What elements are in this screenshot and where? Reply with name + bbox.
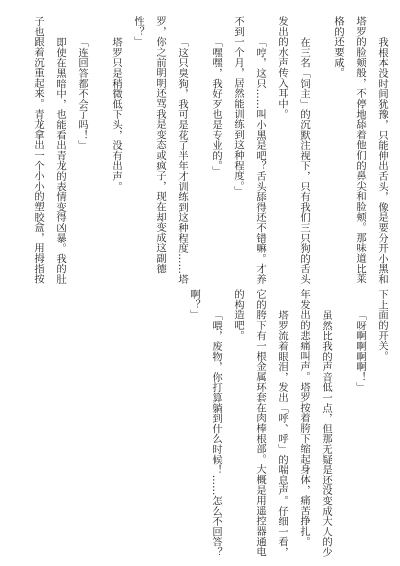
text-line: 「这只臭狗，我可是花了半年才训练到这种程度……塔 [171, 16, 193, 288]
paragraph: 「嘿嘿，我好歹也是专业的。」 [205, 16, 227, 288]
text-line: 它的胯下有一根金属环套在肉棒根部。大概是用遥控器通电 [249, 289, 271, 561]
novel-page: 我根本没时间犹豫，只能伸出舌头，像是要分开小黑和塔罗的脸颊般，不停地舔着他们的鼻… [0, 0, 400, 566]
text-line: 「喂，废物，你打算躺到什么时候！……怎么不回答？ [205, 289, 227, 561]
text-line: 格的还要咸。 [327, 16, 349, 288]
text-line: 发出的水声传入耳中。 [271, 16, 293, 288]
paragraph: 下上面的开关。 [371, 289, 393, 561]
text-section-bottom: 下上面的开关。「呀啊啊啊啊！」虽然比我的声音低一点，但那无疑是还没变成大人的少年… [6, 289, 393, 561]
text-line: 塔罗流着眼泪，发出「呼、呼」的喘息声。仔细一看， [271, 289, 293, 561]
text-line: 即使在黑暗中，也能看出青龙的表情变得凶暴。我的肚 [49, 16, 71, 288]
text-line: 的构造吧。 [227, 289, 249, 561]
paragraph: 即使在黑暗中，也能看出青龙的表情变得凶暴。我的肚子也跟着沉重起来。青龙拿出一个小… [27, 16, 71, 288]
paragraph: 「这只臭狗，我可是花了半年才训练到这种程度……塔罗，你之前明明还骂我是变态或疯子… [127, 16, 193, 288]
text-line: 子也跟着沉重起来。青龙拿出一个小小的塑胶盒，用拇指按 [27, 16, 49, 288]
text-section-top: 我根本没时间犹豫，只能伸出舌头，像是要分开小黑和塔罗的脸颊般，不停地舔着他们的鼻… [6, 16, 393, 288]
text-line: 塔罗的脸颊般，不停地舔着他们的鼻尖和脸颊。那味道比莱 [349, 16, 371, 288]
paragraph: 「呀啊啊啊啊！」 [349, 289, 371, 561]
text-line: 我根本没时间犹豫，只能伸出舌头，像是要分开小黑和 [371, 16, 393, 288]
paragraph: 「连回答都不会了吗！」 [71, 16, 93, 288]
paragraph: 「哼，这只……叫小黑是吧？舌头舔得还不错嘛。才养不到一个月，居然能训练到这种程度… [227, 16, 271, 288]
text-line: 塔罗只是稍微低下头，没有出声。 [105, 16, 127, 288]
paragraph: 在三名「饲主」的沉默注视下，只有我们三只狗的舌头发出的水声传入耳中。 [271, 16, 315, 288]
text-line: 罗，你之前明明还骂我是变态或疯子，现在却变成这副德 [149, 16, 171, 288]
text-line: 虽然比我的声音低一点，但那无疑是还没变成大人的少 [315, 289, 337, 561]
text-line: 「连回答都不会了吗！」 [71, 16, 93, 288]
text-line: 下上面的开关。 [371, 289, 393, 561]
text-line: 在三名「饲主」的沉默注视下，只有我们三只狗的舌头 [293, 16, 315, 288]
text-line: 「呀啊啊啊啊！」 [349, 289, 371, 561]
paragraph: 塔罗流着眼泪，发出「呼、呼」的喘息声。仔细一看，它的胯下有一根金属环套在肉棒根部… [227, 289, 293, 561]
paragraph: 我根本没时间犹豫，只能伸出舌头，像是要分开小黑和塔罗的脸颊般，不停地舔着他们的鼻… [327, 16, 393, 288]
text-line: 不到一个月，居然能训练到这种程度。」 [227, 16, 249, 288]
text-line: 性？」 [127, 16, 149, 288]
text-line: 啊？」 [183, 289, 205, 561]
text-line: 「哼，这只……叫小黑是吧？舌头舔得还不错嘛。才养 [249, 16, 271, 288]
paragraph: 「喂，废物，你打算躺到什么时候！……怎么不回答？啊？」 [183, 289, 227, 561]
text-line: 「嘿嘿，我好歹也是专业的。」 [205, 16, 227, 288]
paragraph: 塔罗只是稍微低下头，没有出声。 [105, 16, 127, 288]
text-line: 年发出的悲痛叫声。塔罗按着胯下缩起身体，痛苦挣扎。 [293, 289, 315, 561]
paragraph: 虽然比我的声音低一点，但那无疑是还没变成大人的少年发出的悲痛叫声。塔罗按着胯下缩… [293, 289, 337, 561]
